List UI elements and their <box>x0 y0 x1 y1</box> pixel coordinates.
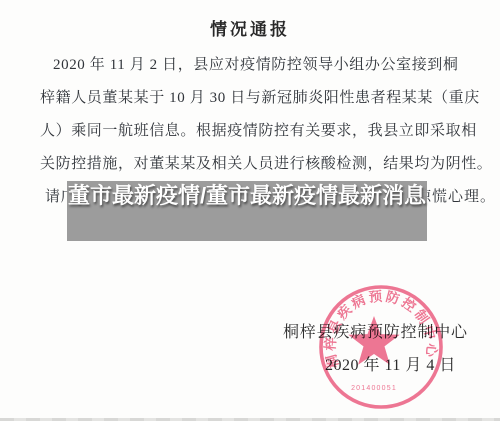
official-red-seal-icon: 桐梓县疾病预防控制中心 201400051 <box>311 277 451 417</box>
body-line-1: 2020 年 11 月 2 日，县应对疫情防控领导小组办公室接到桐 <box>53 56 459 75</box>
document-title: 情况通报 <box>0 15 500 40</box>
body-line-5-right-fragment: 惊慌心理。 <box>416 188 496 207</box>
notice-document: 情况通报 2020 年 11 月 2 日，县应对疫情防控领导小组办公室接到桐 梓… <box>0 0 500 421</box>
body-line-2: 梓籍人员董某某于 10 月 30 日与新冠肺炎阳性患者程某某（重庆 <box>40 89 480 108</box>
seal-number: 201400051 <box>351 385 397 392</box>
watermark-caption-text: 董市最新疫情/董市最新疫情最新消息 <box>67 182 427 210</box>
body-line-3: 人）乘同一航班信息。根据疫情防控有关要求，我县立即采取相 <box>40 122 477 141</box>
watermark-caption-overlay: 董市最新疫情/董市最新疫情最新消息 <box>67 181 427 241</box>
body-line-4: 关防控措施，对董某某及相关人员进行核酸检测，结果均为阴性。 <box>40 155 492 174</box>
seal-star-icon <box>348 316 399 365</box>
